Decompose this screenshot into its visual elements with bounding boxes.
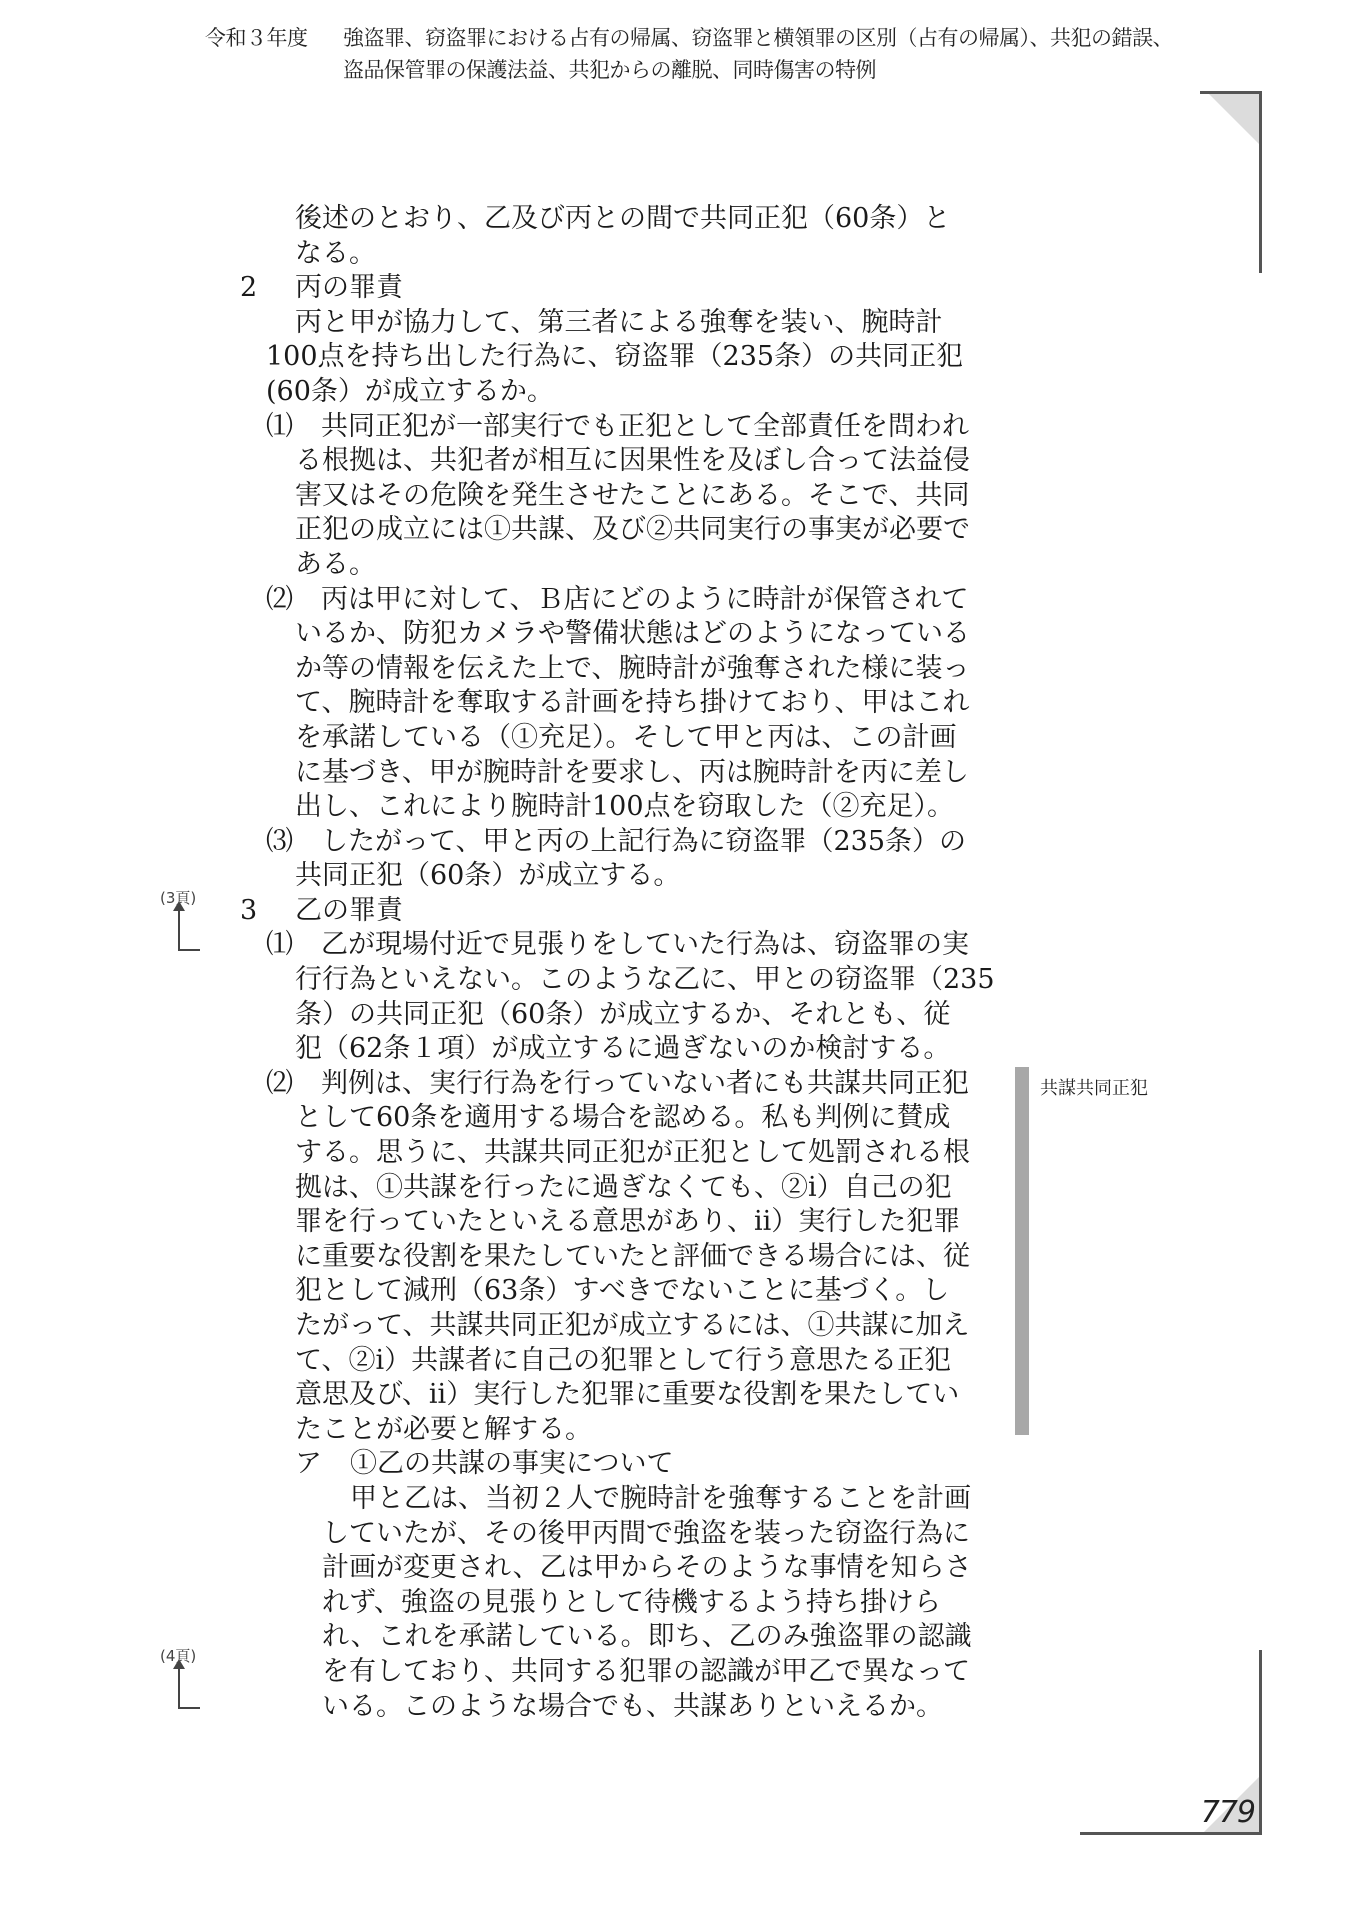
section-heading-2: 2丙の罪責	[240, 271, 985, 306]
section-title: 乙の罪責	[295, 895, 403, 926]
header-title-2: 盗品保管罪の保護法益、共犯からの離脱、同時傷害の特例	[205, 54, 1173, 86]
arrow-up-icon	[178, 1667, 200, 1709]
text-line: 意思及び、ⅱ）実行した犯罪に重要な役割を果たしてい	[240, 1378, 985, 1413]
text-line: 共同正犯（60条）が成立する。	[240, 859, 985, 894]
text-line: たがって、共謀共同正犯が成立するには、①共謀に加え	[240, 1309, 985, 1344]
side-note-bar	[1015, 1067, 1029, 1435]
text-span: したがって、甲と丙の上記行為に窃盗罪（235条）の	[321, 826, 966, 857]
item-2: ⑵判例は、実行行為を行っていない者にも共謀共同正犯	[240, 1067, 985, 1102]
subsection-a-heading: ア①乙の共謀の事実について	[240, 1447, 985, 1482]
text-line: か等の情報を伝えた上で、腕時計が強奪された様に装っ	[240, 652, 985, 687]
text-line: 犯として減刑（63条）すべきでないことに基づく。し	[240, 1274, 985, 1309]
body-text: 後述のとおり、乙及び丙との間で共同正犯（60条）と なる。 2丙の罪責 丙と甲が…	[240, 202, 985, 1724]
text-line: 害又はその危険を発生させたことにある。そこで、共同	[240, 479, 985, 514]
text-span: 共同正犯が一部実行でも正犯として全部責任を問われ	[321, 411, 969, 442]
text-line: て、②ⅰ）共謀者に自己の犯罪として行う意思たる正犯	[240, 1344, 985, 1379]
text-line: れず、強盗の見張りとして待機するよう持ち掛けら	[240, 1586, 985, 1621]
page-ref-4: (4頁)	[160, 1645, 196, 1666]
text-line: 拠は、①共謀を行ったに過ぎなくても、②ⅰ）自己の犯	[240, 1171, 985, 1206]
text-line: として60条を適用する場合を認める。私も判例に賛成	[240, 1101, 985, 1136]
header-title-1: 強盗罪、窃盗罪における占有の帰属、窃盗罪と横領罪の区別（占有の帰属）、共犯の錯誤…	[343, 26, 1173, 50]
section-number: 2	[240, 271, 295, 306]
text-line: たことが必要と解する。	[240, 1413, 985, 1448]
text-line: いる。このような場合でも、共謀ありといえるか。	[240, 1690, 985, 1725]
item-number: ⑴	[266, 928, 321, 963]
text-line: に基づき、甲が腕時計を要求し、丙は腕時計を丙に差し	[240, 756, 985, 791]
item-1: ⑴乙が現場付近で見張りをしていた行為は、窃盗罪の実	[240, 928, 985, 963]
item-number: ⑶	[266, 825, 321, 860]
side-note-label: 共謀共同正犯	[1040, 1074, 1148, 1100]
item-3: ⑶したがって、甲と丙の上記行為に窃盗罪（235条）の	[240, 825, 985, 860]
text-line: に重要な役割を果たしていたと評価できる場合には、従	[240, 1240, 985, 1275]
text-span: 判例は、実行行為を行っていない者にも共謀共同正犯	[321, 1068, 969, 1099]
text-line: を有しており、共同する犯罪の認識が甲乙で異なって	[240, 1655, 985, 1690]
item-2: ⑵丙は甲に対して、Ｂ店にどのように時計が保管されて	[240, 583, 985, 618]
text-line: 罪を行っていたといえる意思があり、ⅱ）実行した犯罪	[240, 1205, 985, 1240]
text-line: 甲と乙は、当初２人で腕時計を強奪することを計画	[240, 1482, 985, 1517]
text-line: いるか、防犯カメラや警備状態はどのようになっている	[240, 617, 985, 652]
text-line: 100点を持ち出した行為に、窃盗罪（235条）の共同正犯	[240, 340, 985, 375]
text-line: る根拠は、共犯者が相互に因果性を及ぼし合って法益侵	[240, 444, 985, 479]
text-line: ある。	[240, 548, 985, 583]
page-ref-3: (3頁)	[160, 887, 196, 908]
text-line: (60条）が成立するか。	[240, 375, 985, 410]
text-span: 丙は甲に対して、Ｂ店にどのように時計が保管されて	[321, 584, 968, 615]
corner-mark-bottom-right: 779	[1080, 1650, 1262, 1835]
item-number: ⑵	[266, 1067, 321, 1102]
arrow-up-icon	[178, 909, 200, 951]
text-line: 後述のとおり、乙及び丙との間で共同正犯（60条）と	[240, 202, 985, 237]
text-line: 正犯の成立には①共謀、及び②共同実行の事実が必要で	[240, 513, 985, 548]
item-number: ⑵	[266, 583, 321, 618]
text-line: 丙と甲が協力して、第三者による強奪を装い、腕時計	[240, 306, 985, 341]
text-line: 行行為といえない。このような乙に、甲との窃盗罪（235	[240, 963, 985, 998]
text-span: 乙が現場付近で見張りをしていた行為は、窃盗罪の実	[321, 929, 969, 960]
text-line: していたが、その後甲丙間で強盗を装った窃盗行為に	[240, 1517, 985, 1552]
section-heading-3: 3乙の罪責	[240, 894, 985, 929]
text-line: なる。	[240, 237, 985, 272]
item-number: ⑴	[266, 410, 321, 445]
page-number: 779	[1201, 1795, 1255, 1830]
section-number: 3	[240, 894, 295, 929]
corner-mark-top-right	[1200, 91, 1262, 273]
text-line: 条）の共同正犯（60条）が成立するか、それとも、従	[240, 998, 985, 1033]
section-title: 丙の罪責	[295, 272, 403, 303]
text-line: する。思うに、共謀共同正犯が正犯として処罰される根	[240, 1136, 985, 1171]
text-line: れ、これを承諾している。即ち、乙のみ強盗罪の認識	[240, 1620, 985, 1655]
text-line: 出し、これにより腕時計100点を窃取した（②充足）。	[240, 790, 985, 825]
text-line: 計画が変更され、乙は甲からそのような事情を知らさ	[240, 1551, 985, 1586]
text-line: 犯（62条１項）が成立するに過ぎないのか検討する。	[240, 1032, 985, 1067]
subsection-title: ①乙の共謀の事実について	[350, 1448, 673, 1479]
header-line-1: 令和３年度強盗罪、窃盗罪における占有の帰属、窃盗罪と横領罪の区別（占有の帰属）、…	[205, 22, 1173, 54]
item-1: ⑴共同正犯が一部実行でも正犯として全部責任を問われ	[240, 410, 985, 445]
text-line: を承諾している（①充足）。そして甲と丙は、この計画	[240, 721, 985, 756]
running-header: 令和３年度強盗罪、窃盗罪における占有の帰属、窃盗罪と横領罪の区別（占有の帰属）、…	[205, 22, 1173, 86]
header-year: 令和３年度	[205, 22, 343, 54]
corner-triangle	[1209, 94, 1259, 144]
subsection-label: ア	[295, 1447, 350, 1482]
text-line: て、腕時計を奪取する計画を持ち掛けており、甲はこれ	[240, 686, 985, 721]
